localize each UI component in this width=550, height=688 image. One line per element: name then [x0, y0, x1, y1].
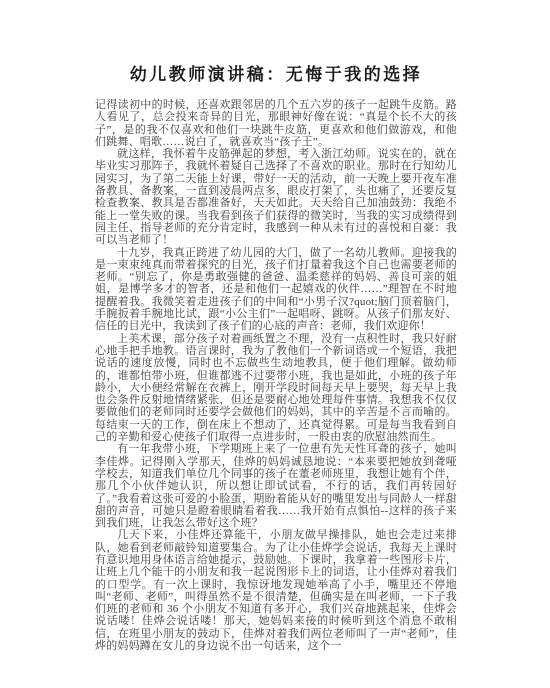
- paragraph-2: 就这样，我怀着牛皮筋弹起的梦想，考入浙江幼师。说实在的，就在毕业实习那阵子，我就…: [95, 148, 457, 246]
- document-body: 记得读初中的时候，还喜欢跟邻居的几个五六岁的孩子一起跳牛皮筋。路人看见了，总会投…: [95, 99, 457, 652]
- paragraph-5: 有一年我带小班，下学期班上来了一位患有先天性耳聋的孩子，她叫李佳烨。记得刚入学那…: [95, 443, 457, 529]
- paragraph-1: 记得读初中的时候，还喜欢跟邻居的几个五六岁的孩子一起跳牛皮筋。路人看见了，总会投…: [95, 99, 457, 148]
- document-title: 幼儿教师演讲稿：无悔于我的选择: [95, 60, 457, 85]
- paragraph-6: 几天下来，小佳烨还算能干，小朋友做早操排队，她也会走过来排队，她看到老师敲铃知道…: [95, 529, 457, 652]
- document-page: 幼儿教师演讲稿：无悔于我的选择 记得读初中的时候，还喜欢跟邻居的几个五六岁的孩子…: [0, 0, 550, 688]
- paragraph-4: 上美术课，部分孩子对着画纸置之不理，没有一点积性时，我只好耐心地手把手地教。语言…: [95, 333, 457, 444]
- paragraph-3: 十九岁，我真正跨进了幼儿园的大门，做了一名幼儿教师。迎接我的是一束束纯真而带着探…: [95, 247, 457, 333]
